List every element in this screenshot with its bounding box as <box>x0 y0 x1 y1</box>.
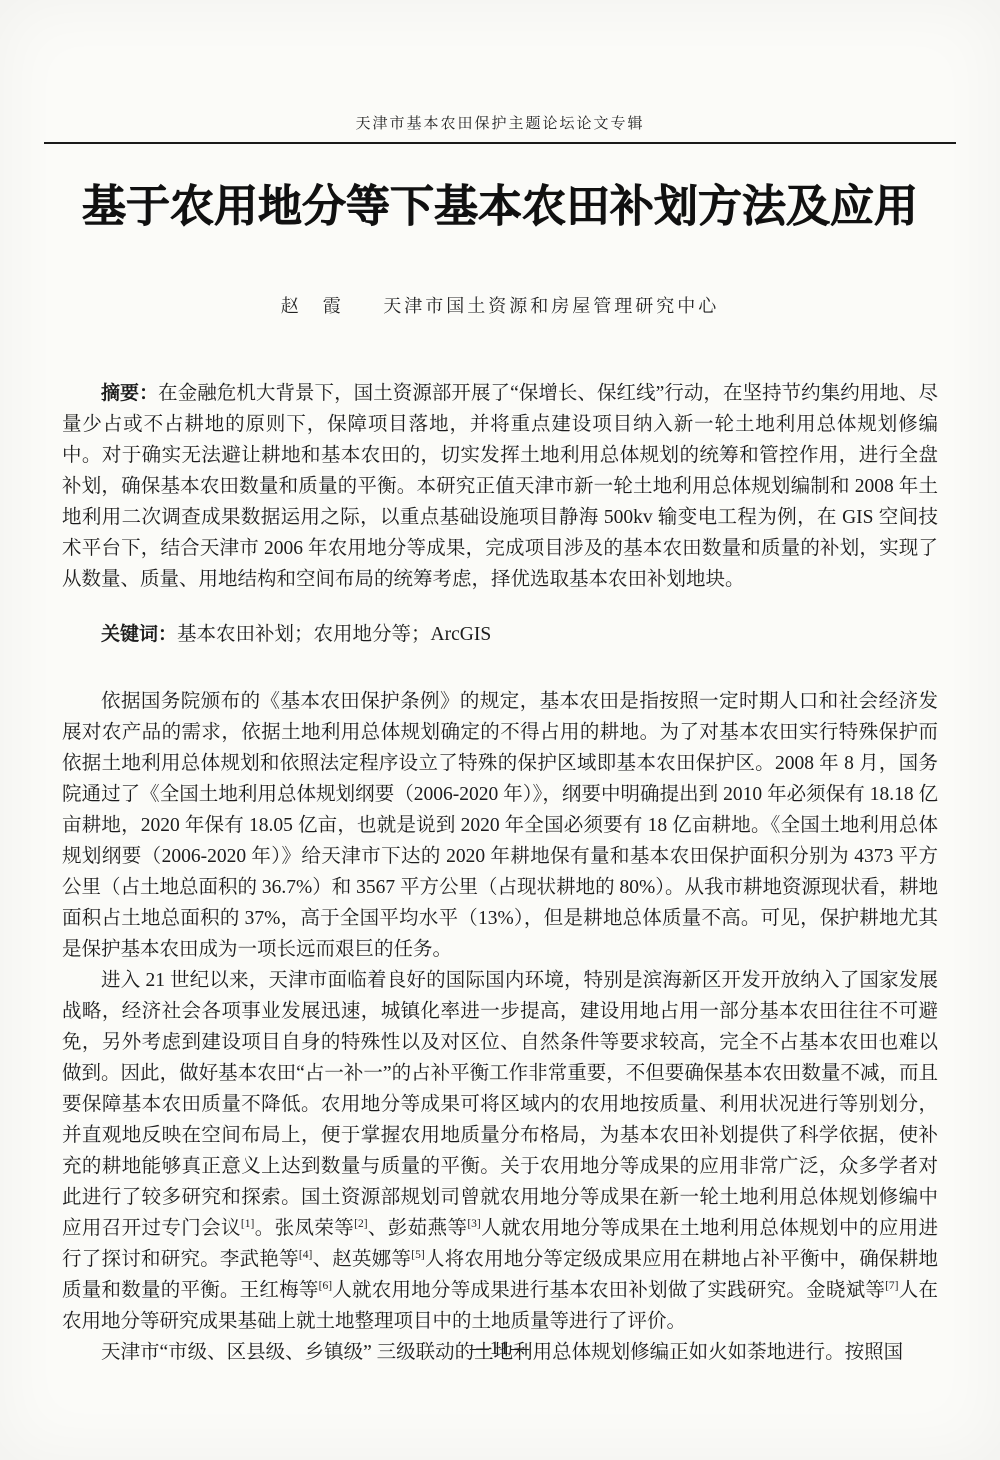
author-name: 赵 霞 <box>281 296 344 316</box>
header-rule <box>44 142 956 144</box>
paragraph: 进入 21 世纪以来，天津市面临着良好的国际国内环境，特别是滨海新区开发开放纳入… <box>62 965 938 1337</box>
keywords-text: 基本农田补划；农用地分等；ArcGIS <box>177 624 491 645</box>
paper-title: 基于农用地分等下基本农田补划方法及应用 <box>50 178 950 236</box>
abstract-label: 摘要： <box>101 383 158 404</box>
citation-ref: [7] <box>885 1280 898 1292</box>
paper-page: 天津市基本农田保护主题论坛论文专辑 基于农用地分等下基本农田补划方法及应用 赵 … <box>0 0 1000 1460</box>
body-paragraphs: 依据国务院颁布的《基本农田保护条例》的规定，基本农田是指按照一定时期人口和社会经… <box>62 686 938 1368</box>
running-head: 天津市基本农田保护主题论坛论文专辑 <box>0 0 1000 144</box>
author-line: 赵 霞天津市国土资源和房屋管理研究中心 <box>0 292 1000 318</box>
citation-ref: [5] <box>411 1249 424 1261</box>
author-affiliation: 天津市国土资源和房屋管理研究中心 <box>383 296 719 316</box>
keywords-label: 关键词： <box>101 624 177 645</box>
citation-ref: [1] <box>241 1218 254 1230</box>
abstract-text: 在金融危机大背景下，国土资源部开展了“保增长、保红线”行动，在坚持节约集约用地、… <box>62 383 938 590</box>
citation-ref: [4] <box>299 1249 312 1261</box>
citation-ref: [3] <box>467 1218 480 1230</box>
paragraph: 依据国务院颁布的《基本农田保护条例》的规定，基本农田是指按照一定时期人口和社会经… <box>62 686 938 965</box>
keywords: 关键词：基本农田补划；农用地分等；ArcGIS <box>62 619 938 650</box>
abstract: 摘要：在金融危机大背景下，国土资源部开展了“保增长、保红线”行动，在坚持节约集约… <box>62 378 938 595</box>
citation-ref: [6] <box>319 1280 332 1292</box>
page-number: —11— <box>0 1338 1000 1360</box>
running-head-text: 天津市基本农田保护主题论坛论文专辑 <box>0 112 1000 133</box>
citation-ref: [2] <box>354 1218 367 1230</box>
